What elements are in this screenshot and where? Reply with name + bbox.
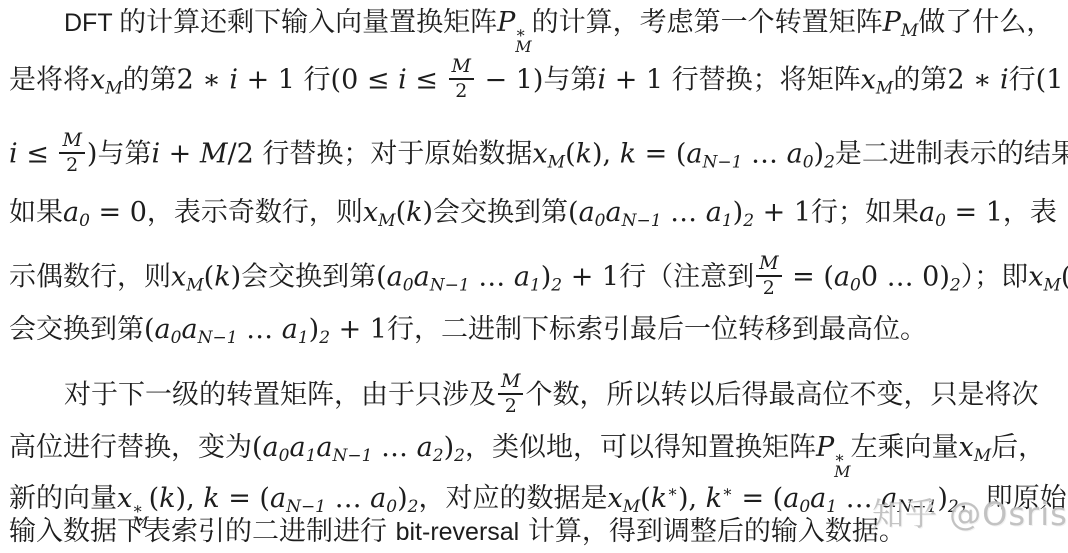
- text-run: 输入数据下表索引的二进制进行: [9, 516, 396, 547]
- text-run: ∗: [722, 482, 733, 501]
- text-run: a: [155, 314, 171, 345]
- text-run: a: [787, 139, 803, 170]
- text-run: 示偶数行，则: [9, 262, 171, 293]
- text-run: )会交换到第(: [231, 262, 387, 293]
- text-run: ),: [592, 139, 620, 170]
- text-run: 的计算还剩下输入向量置换矩阵: [119, 7, 497, 38]
- text-run: = (: [784, 262, 834, 293]
- text-run: x: [532, 139, 547, 170]
- math-supsub: P∗M: [497, 7, 532, 38]
- text-run: 0: [595, 211, 606, 231]
- text-run: − 1)与第: [476, 65, 598, 96]
- text-line: 输入数据下表索引的二进制进行 bit-reversal 计算，得到调整后的输入数…: [9, 514, 906, 550]
- text-line: 示偶数行，则xM(k)会交换到第(a0aN−1 … a1)2 + 1行（注意到M…: [9, 254, 1068, 304]
- text-run: …: [372, 432, 416, 463]
- text-run: + 1行；如果: [754, 197, 919, 228]
- text-run: …: [742, 139, 786, 170]
- text-run: 1: [298, 328, 309, 348]
- text-run: 2: [743, 211, 754, 231]
- text-run: …: [326, 483, 370, 514]
- text-run: ),: [176, 483, 204, 514]
- text-run: 会交换到第(: [9, 314, 155, 345]
- text-run: = (: [636, 139, 686, 170]
- math-fraction: M2: [756, 254, 781, 298]
- text-run: M: [974, 446, 991, 466]
- text-run: a: [270, 483, 286, 514]
- text-run: a: [810, 483, 826, 514]
- text-run: a: [387, 262, 403, 293]
- text-run: a: [514, 262, 530, 293]
- text-run: 0: [803, 153, 814, 173]
- text-run: ): [309, 314, 320, 345]
- text-run: (: [640, 483, 651, 514]
- text-run: k: [406, 197, 422, 228]
- text-run: ，对应的数据是: [418, 483, 607, 514]
- text-run: i: [398, 65, 407, 96]
- math-supsub: x∗M: [117, 483, 149, 514]
- text-run: M: [105, 79, 122, 99]
- text-line: 会交换到第(a0aN−1 … a1)2 + 1行，二进制下标索引最后一位转移到最…: [9, 312, 927, 356]
- text-run: 2: [950, 276, 961, 296]
- text-run: a: [370, 483, 386, 514]
- text-run: M: [200, 139, 228, 170]
- text-run: )会交换到第(: [422, 197, 578, 228]
- text-run: 后，: [991, 432, 1045, 463]
- text-run: x: [1028, 262, 1043, 293]
- text-run: i: [9, 139, 18, 170]
- text-run: 对于下一级的转置矩阵，由于只涉及: [64, 380, 496, 411]
- document-body: DFT 的计算还剩下输入向量置换矩阵P∗M的计算，考虑第一个转置矩阵PM做了什么…: [0, 0, 1068, 553]
- text-line: 是将将xM的第2 ∗ i + 1 行(0 ≤ i ≤ M2 − 1)与第i + …: [9, 57, 1068, 107]
- text-run: k: [576, 139, 592, 170]
- text-run: (: [1061, 262, 1068, 293]
- text-run: N−1: [622, 211, 662, 231]
- text-run: = 1，表: [946, 197, 1057, 228]
- text-run: 2: [433, 446, 444, 466]
- text-run: 是将将: [9, 65, 90, 96]
- text-run: 计算，得到调整后的输入数据。: [519, 516, 906, 547]
- text-run: 左乘向量: [851, 432, 959, 463]
- text-run: 的第2 ∗: [123, 65, 230, 96]
- text-run: i: [1000, 65, 1009, 96]
- text-run: 2: [824, 153, 835, 173]
- text-run: x: [171, 262, 186, 293]
- text-run: a: [686, 139, 702, 170]
- text-run: N−1: [333, 446, 373, 466]
- text-run: M: [1043, 276, 1060, 296]
- text-run: + 1行，二进制下标索引最后一位转移到最高位。: [330, 314, 927, 345]
- text-run: 做了什么，: [918, 7, 1053, 38]
- text-run: 0 … 0): [861, 262, 950, 293]
- text-run: a: [63, 197, 79, 228]
- text-run: (: [204, 262, 215, 293]
- text-run: x: [861, 65, 876, 96]
- text-run: 0: [279, 446, 290, 466]
- text-run: 0: [850, 276, 861, 296]
- text-run: 2: [454, 446, 465, 466]
- text-run: (: [396, 197, 407, 228]
- text-run: a: [783, 483, 799, 514]
- text-run: = (: [220, 483, 270, 514]
- text-run: k: [159, 483, 175, 514]
- text-run: 个数，所以转以后得最高位不变，只是将次: [525, 380, 1038, 411]
- text-run: N−1: [430, 276, 470, 296]
- text-run: x: [90, 65, 105, 96]
- text-run: x: [363, 197, 378, 228]
- text-run: ),: [678, 483, 706, 514]
- text-run: 0: [79, 211, 90, 231]
- text-run: ≤: [18, 139, 58, 170]
- watermark: 知乎 @Osris: [872, 489, 1068, 535]
- text-run: 1: [306, 446, 317, 466]
- document-page: DFT 的计算还剩下输入向量置换矩阵P∗M的计算，考虑第一个转置矩阵PM做了什么…: [0, 0, 1068, 553]
- text-run: a: [706, 197, 722, 228]
- text-line: i ≤ M2)与第i + M/2 行替换；对于原始数据xM(k), k = (a…: [9, 131, 1068, 181]
- text-run: x: [959, 432, 974, 463]
- text-run: k: [651, 483, 667, 514]
- text-line: DFT 的计算还剩下输入向量置换矩阵P∗M的计算，考虑第一个转置矩阵PM做了什么…: [64, 5, 1053, 54]
- text-run: ): [541, 262, 552, 293]
- text-run: 0: [935, 211, 946, 231]
- text-run: x: [607, 483, 622, 514]
- math-fraction: M2: [449, 57, 474, 101]
- text-run: ): [733, 197, 744, 228]
- text-run: a: [919, 197, 935, 228]
- text-run: a: [316, 432, 332, 463]
- text-run: a: [282, 314, 298, 345]
- text-run: …: [238, 314, 282, 345]
- text-run: k: [620, 139, 636, 170]
- text-run: a: [579, 197, 595, 228]
- text-run: bit-reversal: [396, 518, 520, 546]
- text-run: 新的向量: [9, 483, 117, 514]
- text-run: ): [444, 432, 455, 463]
- text-run: ，类似地，可以得知置换矩阵: [465, 432, 816, 463]
- text-run: i: [229, 65, 238, 96]
- text-line: 高位进行替换，变为(a0a1aN−1 … a2)2，类似地，可以得知置换矩阵P∗…: [9, 430, 1045, 479]
- text-run: 0: [403, 276, 414, 296]
- text-run: M: [876, 79, 893, 99]
- text-run: N−1: [703, 153, 743, 173]
- text-run: + 1 行(0 ≤: [238, 65, 398, 96]
- text-run: = 0，表示奇数行，则: [90, 197, 363, 228]
- math-supsub: P∗M: [816, 432, 851, 463]
- text-run: /2 行替换；对于原始数据: [228, 139, 533, 170]
- text-run: 是二进制表示的结果，: [835, 139, 1068, 170]
- text-run: = (: [733, 483, 783, 514]
- text-run: ): [814, 139, 825, 170]
- text-run: M: [901, 21, 918, 41]
- math-fraction: M2: [59, 131, 84, 175]
- text-line: 对于下一级的转置矩阵，由于只涉及M2个数，所以转以后得最高位不变，只是将次: [64, 372, 1038, 420]
- text-run: + 1行（注意到: [562, 262, 754, 293]
- text-run: k: [203, 483, 219, 514]
- text-run: ): [397, 483, 408, 514]
- text-run: M: [378, 211, 395, 231]
- text-run: 如果: [9, 197, 63, 228]
- text-run: a: [181, 314, 197, 345]
- text-run: a: [834, 262, 850, 293]
- text-run: 行(1 ≤: [1009, 65, 1068, 96]
- text-run: k: [214, 262, 230, 293]
- text-run: (: [565, 139, 576, 170]
- text-run: + 1 行替换；将矩阵: [606, 65, 861, 96]
- text-run: 0: [171, 328, 182, 348]
- text-run: 的第2 ∗: [893, 65, 1000, 96]
- math-fraction: M2: [498, 372, 523, 416]
- text-run: P: [883, 7, 901, 38]
- text-run: a: [417, 432, 433, 463]
- text-run: 2: [319, 328, 330, 348]
- text-run: k: [706, 483, 722, 514]
- text-run: 2: [551, 276, 562, 296]
- text-run: ≤: [407, 65, 447, 96]
- text-run: 1: [722, 211, 733, 231]
- text-run: ∗: [667, 482, 678, 501]
- text-run: (: [149, 483, 160, 514]
- text-run: 高位进行替换，变为(: [9, 432, 263, 463]
- text-run: a: [606, 197, 622, 228]
- text-run: ）；即: [961, 262, 1029, 293]
- text-run: M: [548, 153, 565, 173]
- text-run: a: [263, 432, 279, 463]
- text-run: N−1: [198, 328, 238, 348]
- text-run: i: [597, 65, 606, 96]
- text-run: i: [151, 139, 160, 170]
- text-run: a: [414, 262, 430, 293]
- text-line: 如果a0 = 0，表示奇数行，则xM(k)会交换到第(a0aN−1 … a1)2…: [9, 195, 1057, 239]
- text-run: DFT: [64, 9, 119, 37]
- text-run: …: [662, 197, 706, 228]
- text-run: 的计算，考虑第一个转置矩阵: [532, 7, 883, 38]
- text-run: +: [160, 139, 200, 170]
- text-run: )与第: [87, 139, 152, 170]
- text-run: …: [470, 262, 514, 293]
- text-run: 1: [530, 276, 541, 296]
- text-run: M: [186, 276, 203, 296]
- text-run: a: [289, 432, 305, 463]
